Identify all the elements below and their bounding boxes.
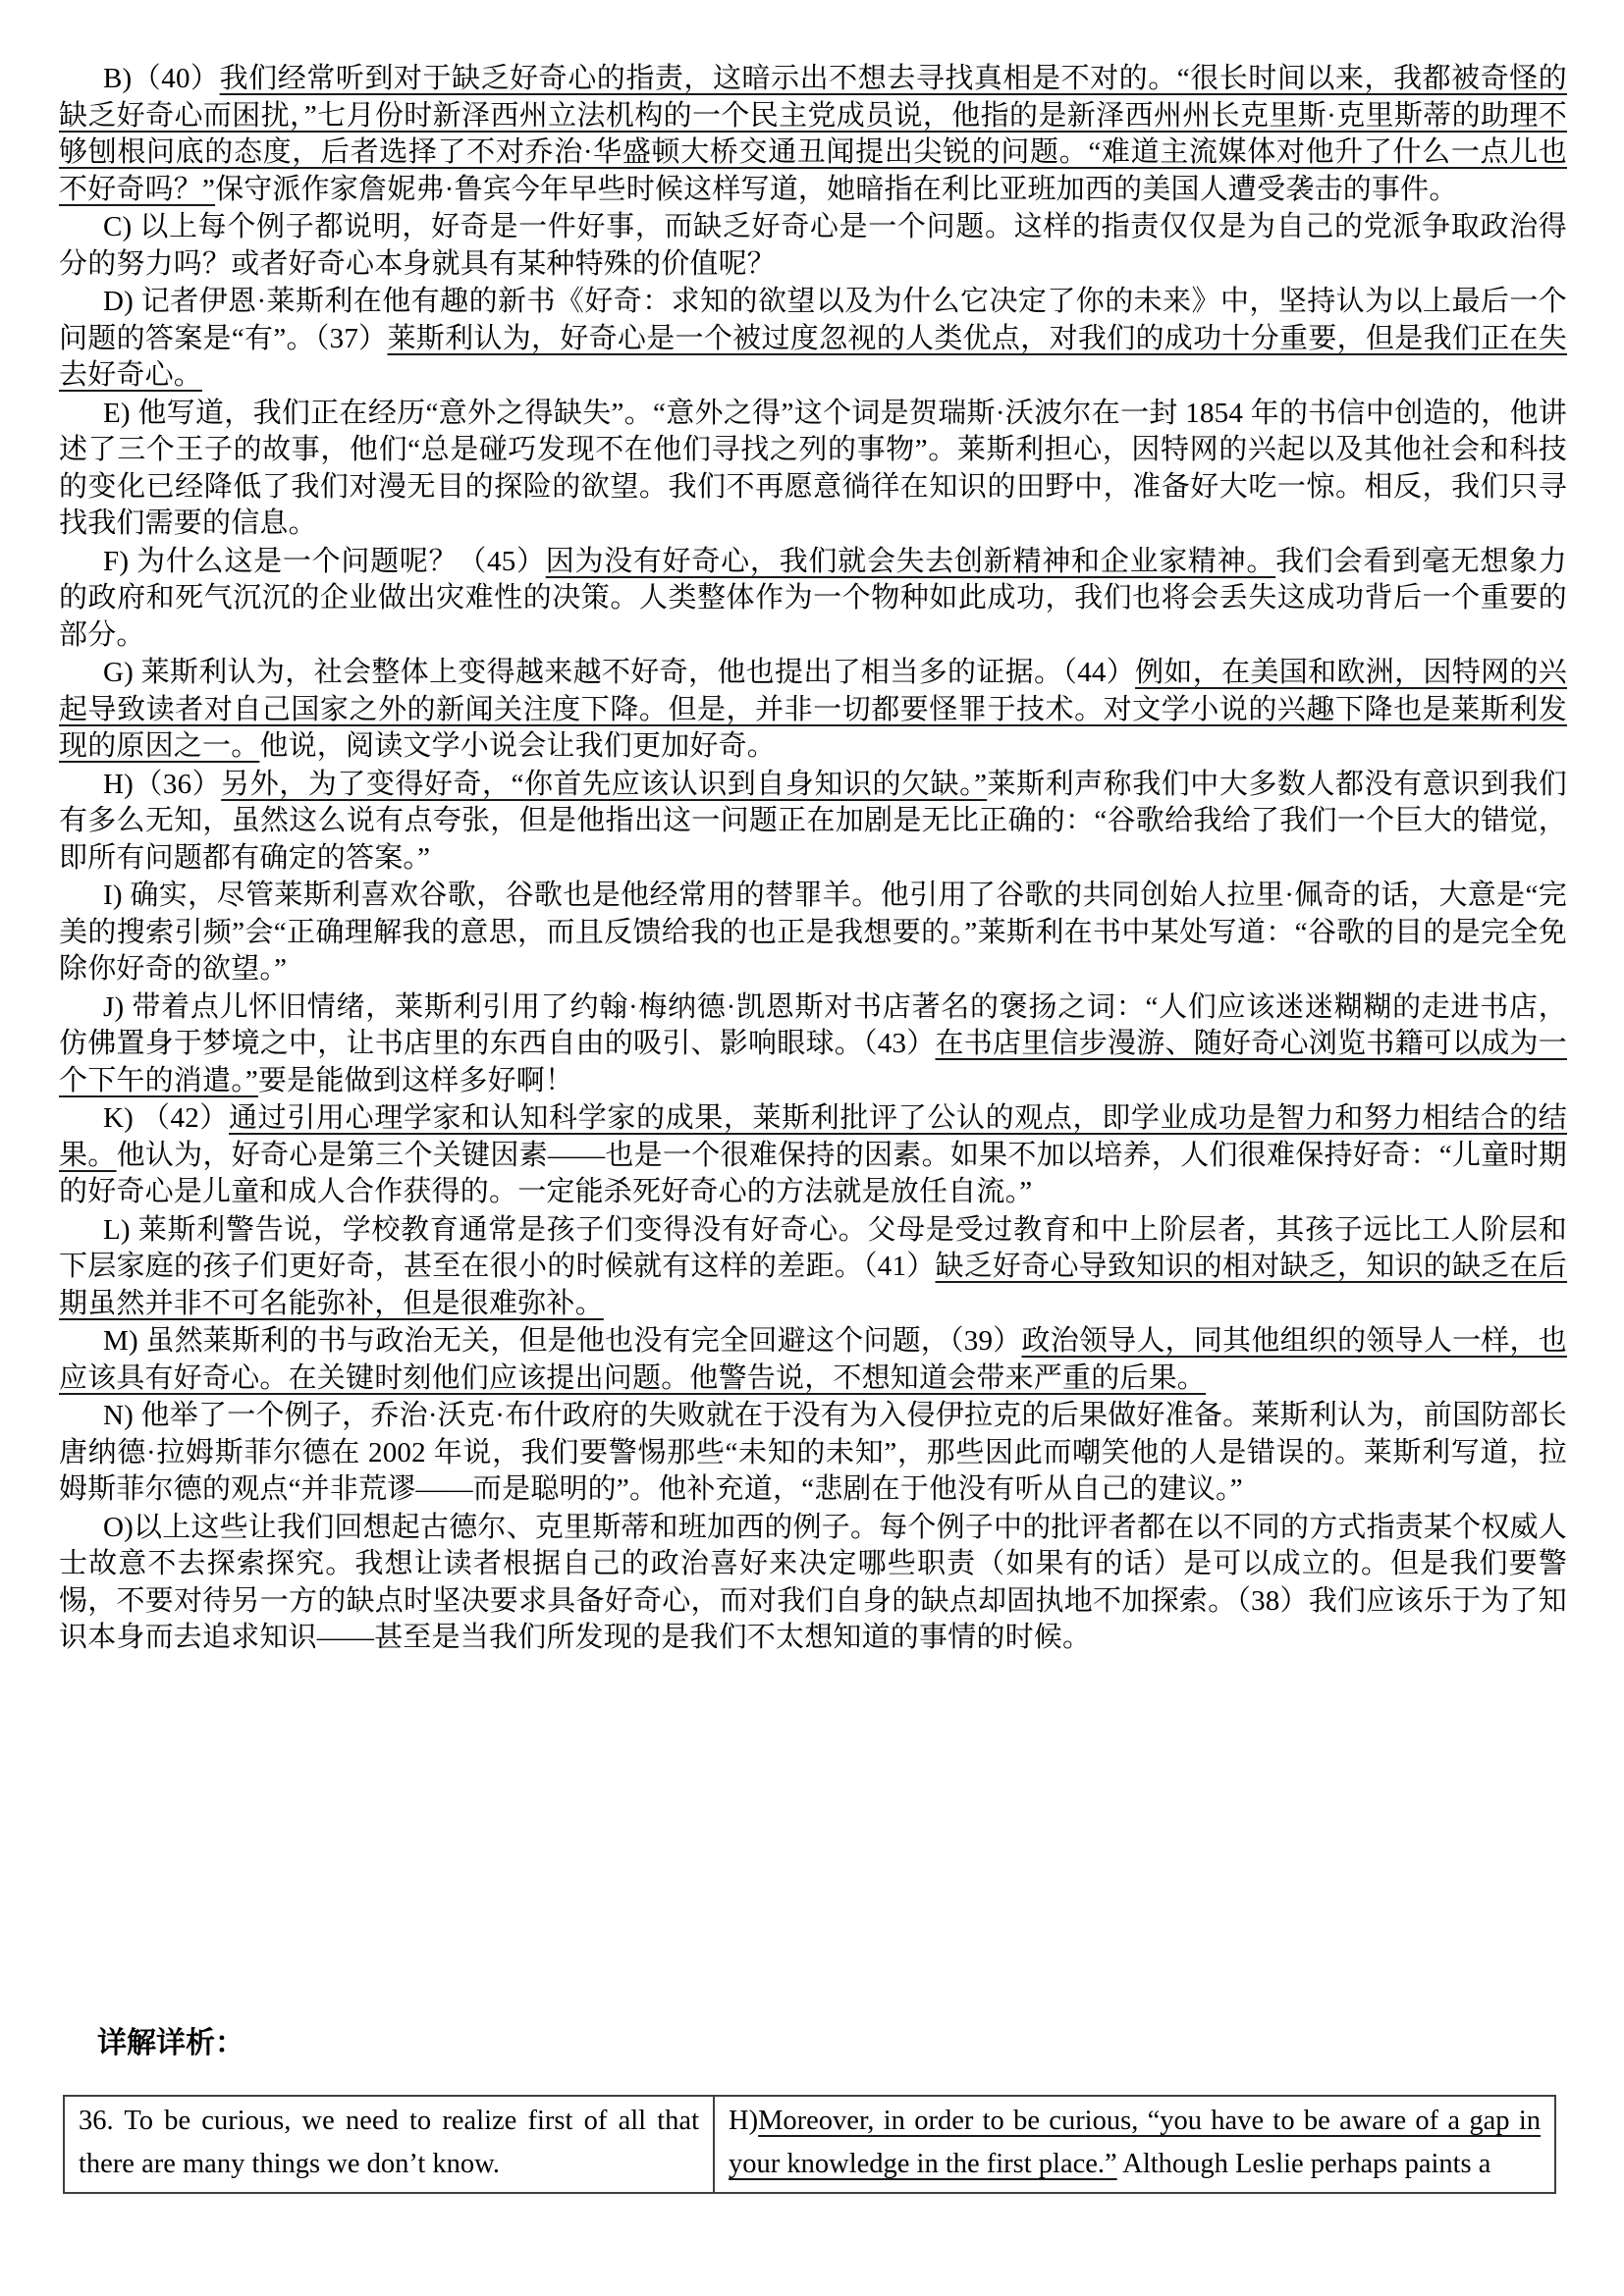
text-segment: O)以上这些让我们回想起古德尔、克里斯蒂和班加西的例子。每个例子中的批评者都在以… xyxy=(59,1512,1567,1654)
para-O: O)以上这些让我们回想起古德尔、克里斯蒂和班加西的例子。每个例子中的批评者都在以… xyxy=(59,1510,1567,1657)
text-segment: M) 虽然莱斯利的书与政治无关，但是他也没有完全回避这个问题，（39） xyxy=(103,1325,1021,1357)
text-segment: H)（36） xyxy=(103,769,221,800)
para-D: D) 记者伊恩·莱斯利在他有趣的新书《好奇：求知的欲望以及为什么它决定了你的未来… xyxy=(59,284,1567,395)
para-H: H)（36）另外，为了变得好奇，“你首先应该认识到自身知识的欠缺。”莱斯利声称我… xyxy=(59,767,1567,878)
para-I: I) 确实，尽管莱斯利喜欢谷歌，谷歌也是他经常用的替罪羊。他引用了谷歌的共同创始… xyxy=(59,878,1567,988)
text-segment: 他认为，好奇心是第三个关键因素——也是一个很难保持的因素。如果不加以培养，人们很… xyxy=(59,1140,1567,1208)
source-paragraph-letter: H) xyxy=(729,2106,758,2136)
para-B: B)（40）我们经常听到对于缺乏好奇心的指责，这暗示出不想去寻找真相是不对的。“… xyxy=(59,61,1567,208)
text-segment: N) 他举了一个例子，乔治·沃克·布什政府的失败就在于没有为入侵伊拉克的后果做好… xyxy=(59,1400,1567,1505)
question-cell: 36. To be curious, we need to realize fi… xyxy=(64,2096,714,2193)
source-rest-text: Although Leslie perhaps paints a xyxy=(1117,2149,1491,2179)
text-segment: 要是能做到这样多好啊！ xyxy=(258,1065,573,1096)
text-segment: K) （42） xyxy=(103,1102,229,1134)
text-segment: E) 他写道，我们正在经历“意外之得缺失”。“意外之得”这个词是贺瑞斯·沃波尔在… xyxy=(59,398,1567,540)
source-cell: H)Moreover, in order to be curious, “you… xyxy=(714,2096,1555,2193)
answer-table: 36. To be curious, we need to realize fi… xyxy=(63,2095,1556,2194)
document-page: B)（40）我们经常听到对于缺乏好奇心的指责，这暗示出不想去寻找真相是不对的。“… xyxy=(0,0,1624,2296)
para-L: L) 莱斯利警告说，学校教育通常是孩子们变得没有好奇心。父母是受过教育和中上阶层… xyxy=(59,1212,1567,1323)
para-F: F) 为什么这是一个问题呢？（45）因为没有好奇心，我们就会失去创新精神和企业家… xyxy=(59,544,1567,655)
text-segment: I) 确实，尽管莱斯利喜欢谷歌，谷歌也是他经常用的替罪羊。他引用了谷歌的共同创始… xyxy=(59,880,1567,985)
text-segment: G) 莱斯利认为，社会整体上变得越来越不好奇，他也提出了相当多的证据。（44） xyxy=(103,657,1135,688)
text-segment: B)（40） xyxy=(103,63,220,94)
analysis-heading: 详解详析： xyxy=(97,2018,244,2061)
para-K: K) （42）通过引用心理学家和认知科学家的成果，莱斯利批评了公认的观点，即学业… xyxy=(59,1100,1567,1211)
text-segment: F) 为什么这是一个问题呢？（45） xyxy=(103,546,546,577)
para-N: N) 他举了一个例子，乔治·沃克·布什政府的失败就在于没有为入侵伊拉克的后果做好… xyxy=(59,1398,1567,1509)
text-segment: C) 以上每个例子都说明，好奇是一件好事，而缺乏好奇心是一个问题。这样的指责仅仅… xyxy=(59,211,1567,280)
para-J: J) 带着点儿怀旧情绪，莱斯利引用了约翰·梅纳德·凯恩斯对书店著名的褒扬之词：“… xyxy=(59,989,1567,1100)
para-C: C) 以上每个例子都说明，好奇是一件好事，而缺乏好奇心是一个问题。这样的指责仅仅… xyxy=(59,209,1567,283)
answer-45: 因为没有好奇心，我们就会失去创新精神和企业家精神。 xyxy=(546,546,1275,577)
answer-36: 另外，为了变得好奇，“你首先应该认识到自身知识的欠缺。” xyxy=(221,769,987,800)
text-segment: 保守派作家詹妮弗·鲁宾今年早些时候这样写道，她暗指在利比亚班加西的美国人遭受袭击… xyxy=(215,174,1457,205)
para-M: M) 虽然莱斯利的书与政治无关，但是他也没有完全回避这个问题，（39）政治领导人… xyxy=(59,1323,1567,1397)
text-segment: 他说，阅读文学小说会让我们更加好奇。 xyxy=(259,730,776,762)
para-G: G) 莱斯利认为，社会整体上变得越来越不好奇，他也提出了相当多的证据。（44）例… xyxy=(59,655,1567,766)
translation-paragraphs: B)（40）我们经常听到对于缺乏好奇心的指责，这暗示出不想去寻找真相是不对的。“… xyxy=(0,0,1624,1657)
para-E: E) 他写道，我们正在经历“意外之得缺失”。“意外之得”这个词是贺瑞斯·沃波尔在… xyxy=(59,396,1567,543)
table-row: 36. To be curious, we need to realize fi… xyxy=(64,2096,1555,2193)
